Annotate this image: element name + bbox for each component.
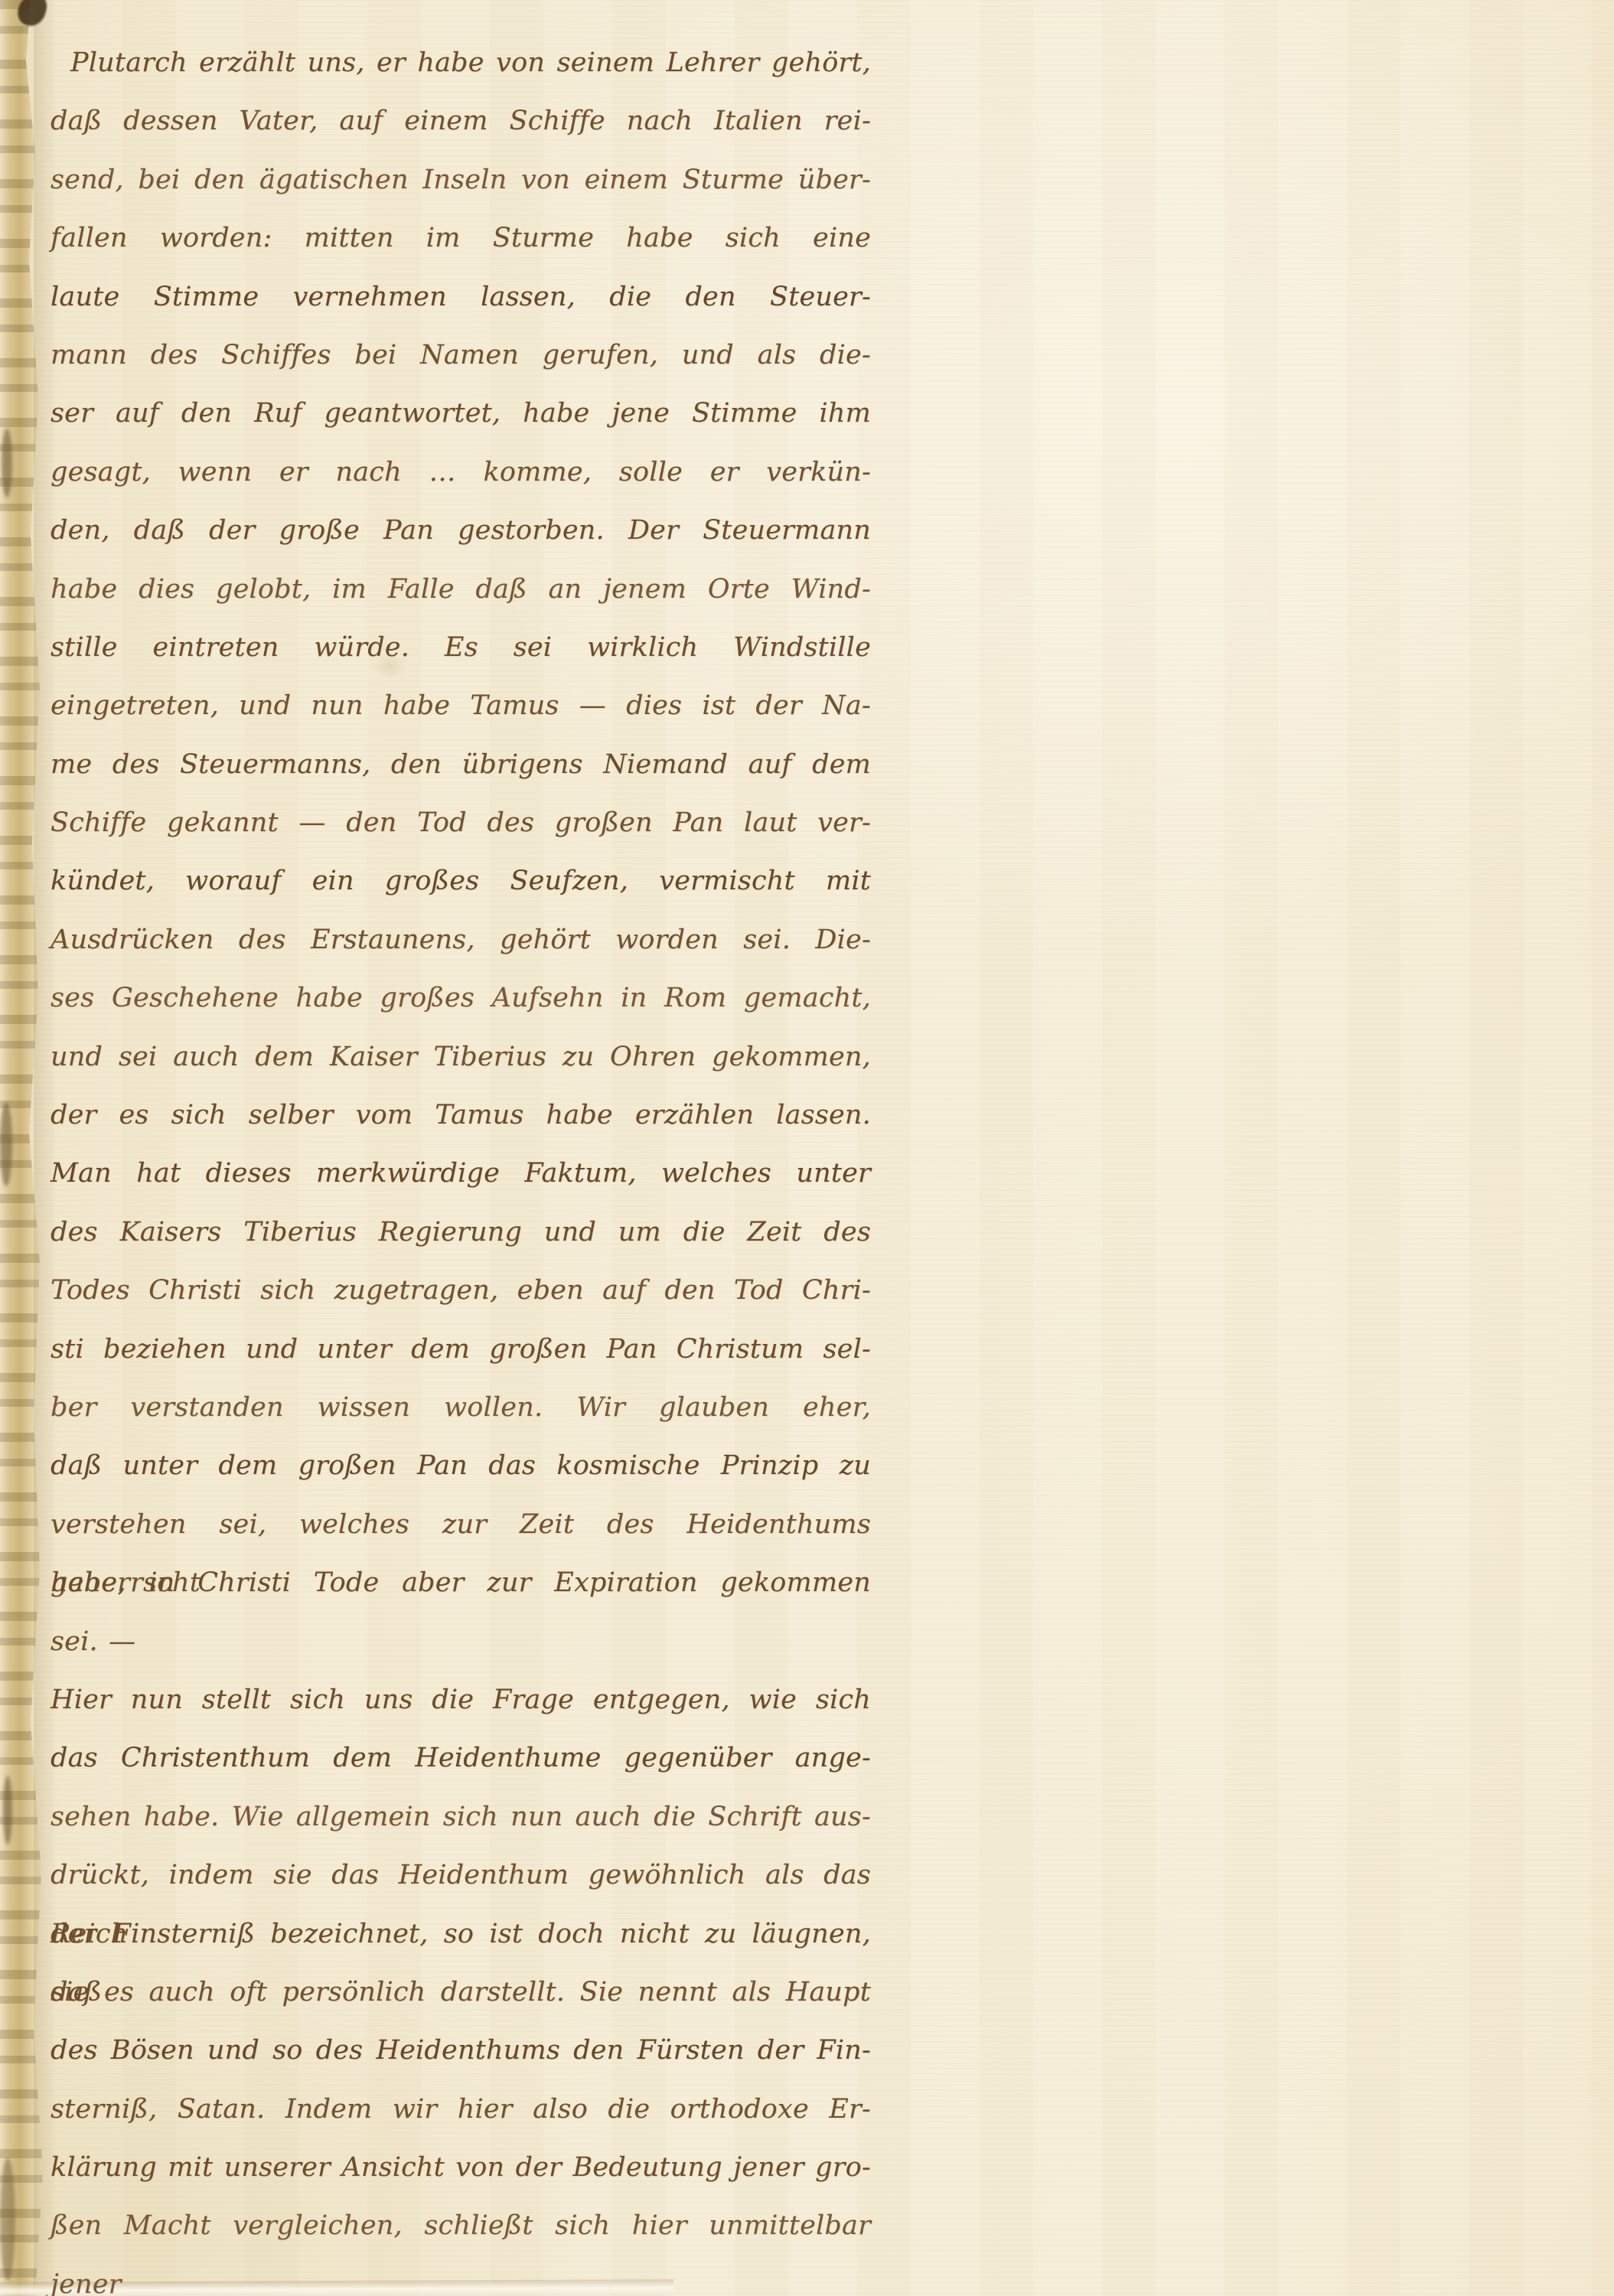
manuscript-line: Plutarch erzählt uns, er habe von seinem… [51, 34, 871, 92]
manuscript-line: den, daß der große Pan gestorben. Der St… [51, 501, 871, 559]
manuscript-line: Schiffe gekannt — den Tod des großen Pan… [51, 794, 871, 852]
manuscript-page: Plutarch erzählt uns, er habe von seinem… [0, 0, 1614, 2296]
manuscript-line: sie es auch oft persönlich darstellt. Si… [51, 1963, 871, 2021]
manuscript-line: send, bei den ägatischen Inseln von eine… [51, 151, 871, 209]
manuscript-line: sei. — [51, 1613, 871, 1671]
manuscript-line: habe, in Christi Tode aber zur Expiratio… [51, 1554, 871, 1612]
edge-stain [0, 2158, 15, 2281]
manuscript-line: me des Steuermanns, den übrigens Niemand… [51, 735, 871, 794]
manuscript-line: Man hat dieses merkwürdige Faktum, welch… [51, 1144, 871, 1202]
manuscript-line: ses Geschehene habe großes Aufsehn in Ro… [51, 969, 871, 1027]
manuscript-line: kündet, worauf ein großes Seufzen, vermi… [51, 852, 871, 910]
manuscript-line: eingetreten, und nun habe Tamus — dies i… [51, 677, 871, 735]
manuscript-line: sehen habe. Wie allgemein sich nun auch … [51, 1788, 871, 1846]
manuscript-line: der es sich selber vom Tamus habe erzähl… [51, 1086, 871, 1144]
manuscript-line: verstehen sei, welches zur Zeit des Heid… [51, 1495, 871, 1554]
manuscript-text: Plutarch erzählt uns, er habe von seinem… [51, 34, 871, 2255]
manuscript-line: Ausdrücken des Erstaunens, gehört worden… [51, 911, 871, 969]
edge-stain [0, 1102, 12, 1186]
manuscript-line: Hier nun stellt sich uns die Frage entge… [51, 1671, 871, 1729]
manuscript-line: ßen Macht vergleichen, schließt sich hie… [51, 2197, 871, 2255]
edge-stain [3, 1776, 12, 1844]
manuscript-line: habe dies gelobt, im Falle daß an jenem … [51, 560, 871, 618]
manuscript-line: der Finsterniß bezeichnet, so ist doch n… [51, 1905, 871, 1963]
manuscript-line: mann des Schiffes bei Namen gerufen, und… [51, 326, 871, 384]
manuscript-line: klärung mit unserer Ansicht von der Bede… [51, 2138, 871, 2197]
manuscript-line: daß dessen Vater, auf einem Schiffe nach… [51, 92, 871, 150]
manuscript-line: des Kaisers Tiberius Regierung und um di… [51, 1203, 871, 1261]
manuscript-line: sterniß, Satan. Indem wir hier also die … [51, 2080, 871, 2138]
manuscript-line: daß unter dem großen Pan das kosmische P… [51, 1437, 871, 1495]
edge-stain [2, 429, 12, 497]
manuscript-line: laute Stimme vernehmen lassen, die den S… [51, 268, 871, 326]
manuscript-line: das Christenthum dem Heidenthume gegenüb… [51, 1729, 871, 1787]
manuscript-line: sti beziehen und unter dem großen Pan Ch… [51, 1320, 871, 1378]
manuscript-line: stille eintreten würde. Es sei wirklich … [51, 618, 871, 677]
manuscript-line: und sei auch dem Kaiser Tiberius zu Ohre… [51, 1028, 871, 1086]
manuscript-line: Todes Christi sich zugetragen, eben auf … [51, 1261, 871, 1319]
manuscript-line: fallen worden: mitten im Sturme habe sic… [51, 209, 871, 267]
manuscript-line: ber verstanden wissen wollen. Wir glaube… [51, 1378, 871, 1437]
manuscript-line: ser auf den Ruf geantwortet, habe jene S… [51, 384, 871, 442]
manuscript-line: gesagt, wenn er nach … komme, solle er v… [51, 443, 871, 501]
manuscript-line: drückt, indem sie das Heidenthum gewöhnl… [51, 1846, 871, 1904]
manuscript-line: des Bösen und so des Heidenthums den Für… [51, 2021, 871, 2079]
